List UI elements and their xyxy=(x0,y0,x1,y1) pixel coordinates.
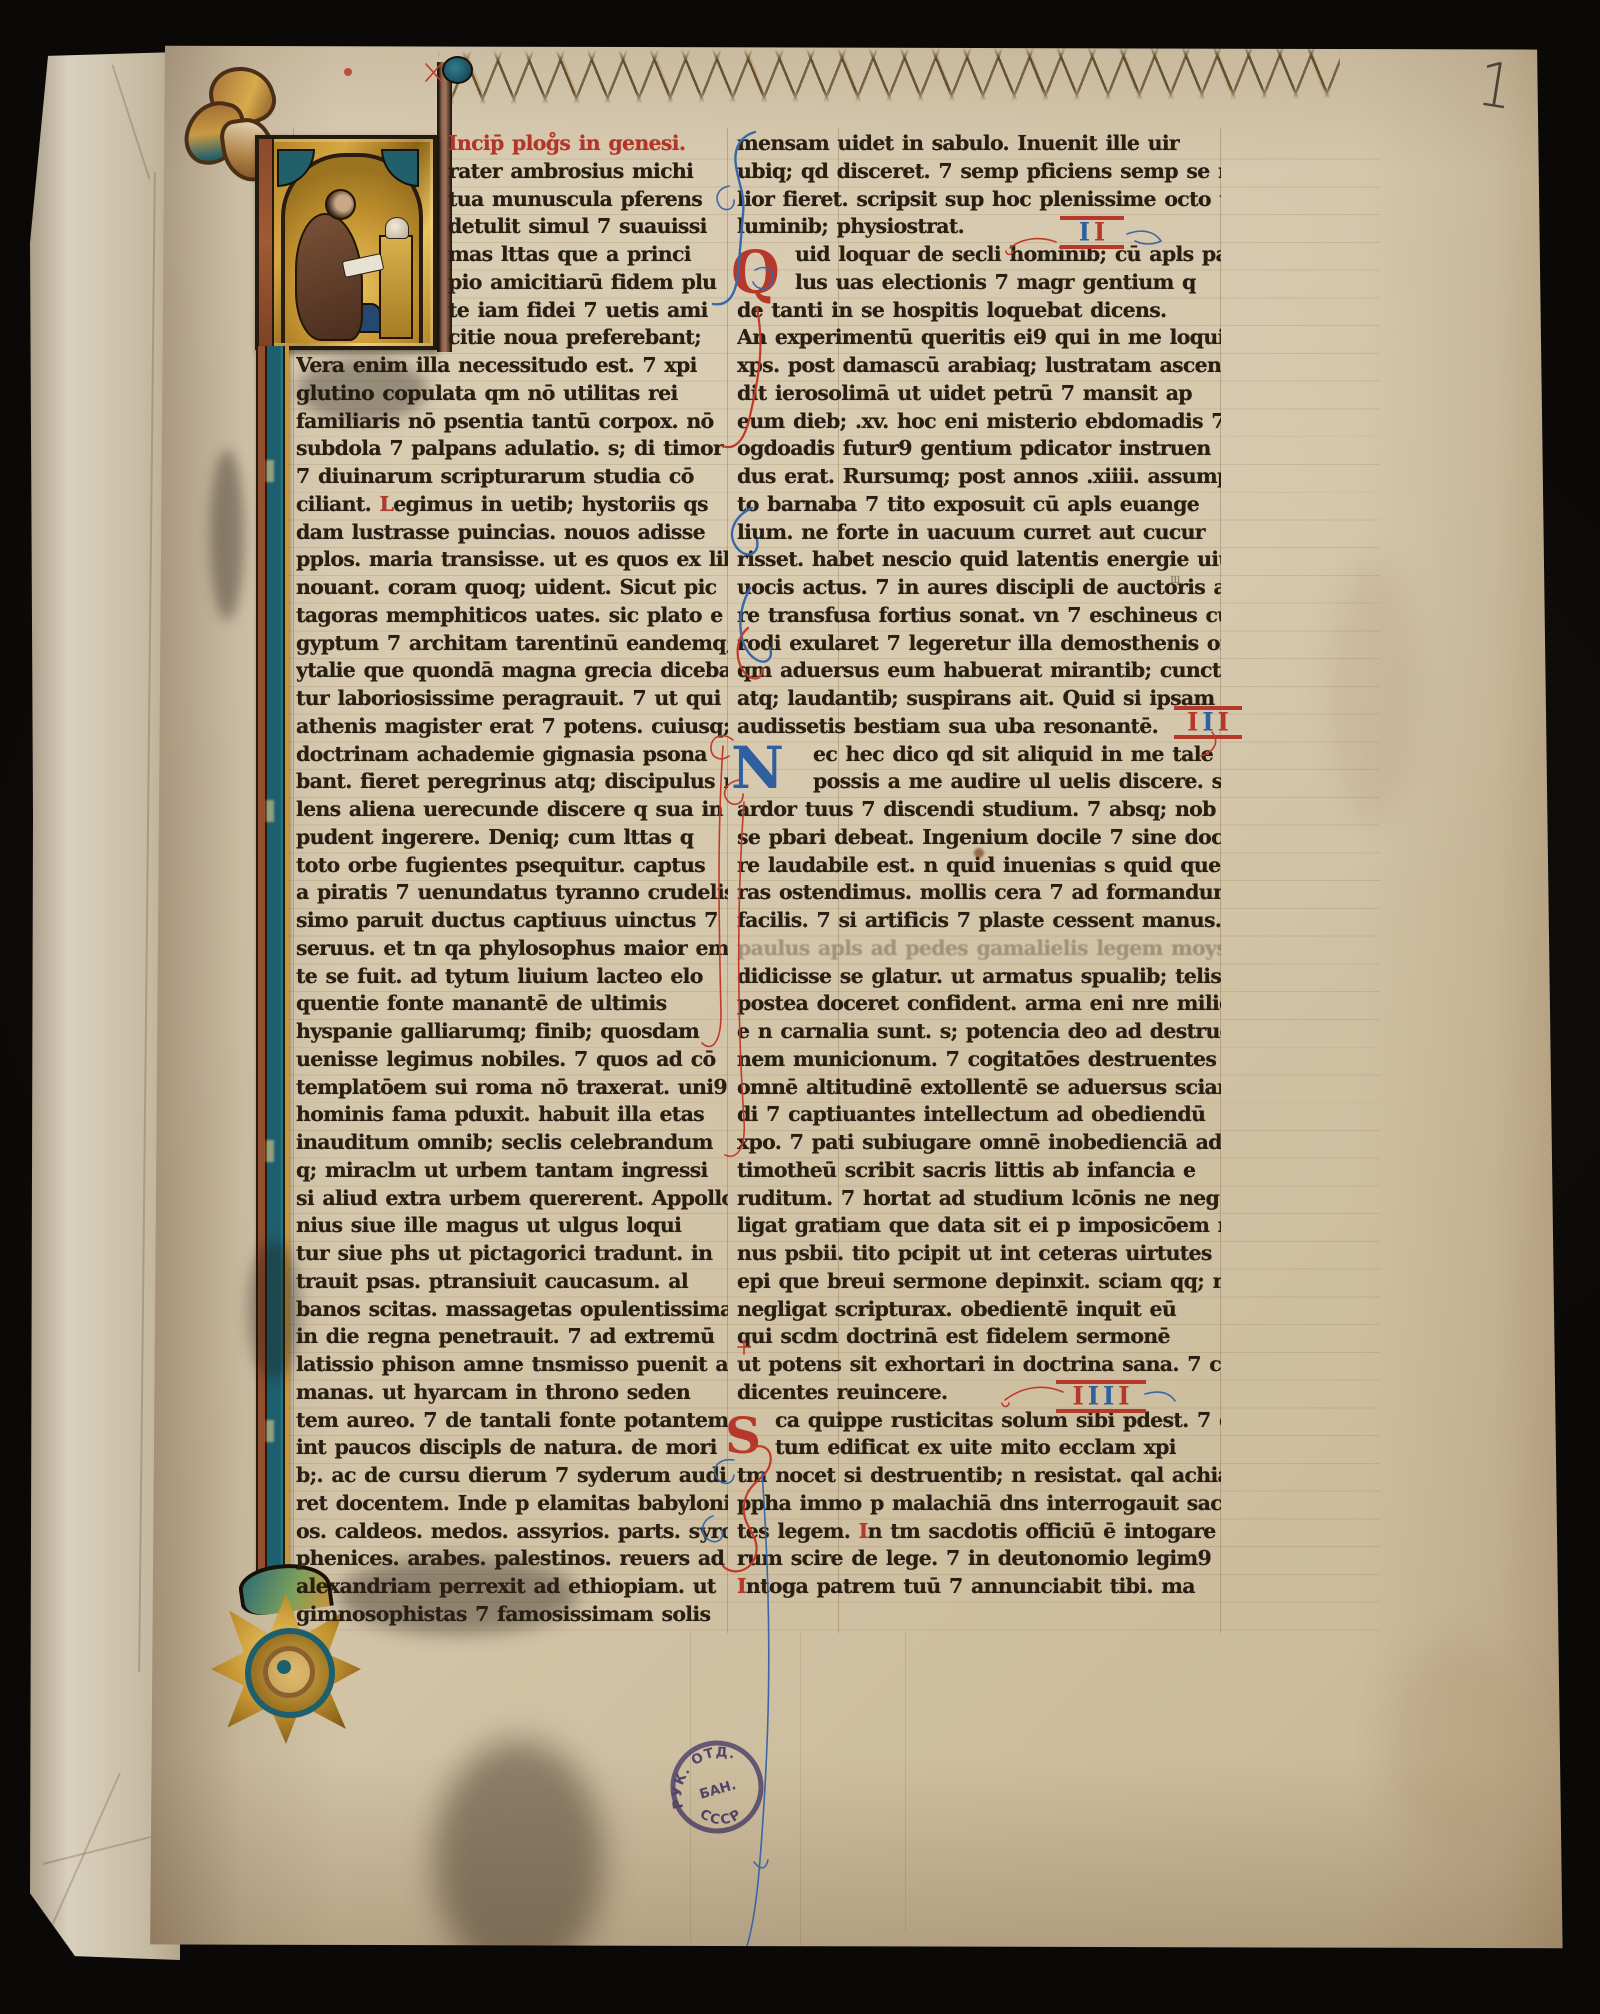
ink-smudge xyxy=(210,450,244,620)
text-line: facilis. 7 si artificis 7 plaste cessent… xyxy=(737,907,1221,935)
text-line: simo paruit ductus captiuus uinctus 7 xyxy=(296,907,728,935)
text-line: ardor tuus 7 discendi studium. 7 absq; n… xyxy=(737,796,1221,824)
text-line: inauditum omnib; seclis celebrandum xyxy=(296,1129,728,1157)
text-line: An experimentū queritis ei9 qui in me lo… xyxy=(737,324,1221,352)
text-line: ligat gratiam que data sit ei p imposicō… xyxy=(737,1212,1221,1240)
text-line: lens aliena uerecunde discere q sua in xyxy=(296,796,728,824)
text-line: trauit psas. ptransiuit caucasum. al xyxy=(296,1268,728,1296)
text-line: paulus apls ad pedes gamalielis legem mo… xyxy=(737,935,1221,963)
chapter-numeral-ii: II xyxy=(1060,216,1124,249)
red-pigment-dot xyxy=(344,68,352,76)
text-line: epi que breui sermone depinxit. sciam qq… xyxy=(737,1268,1221,1296)
text-line: ogdoadis futur9 gentium pdicator instrue… xyxy=(737,435,1221,463)
folio-crease xyxy=(29,1773,120,1975)
gutter-shadow-smudge xyxy=(434,1740,604,1980)
text-line: hyspanie galliarumq; finib; quosdam xyxy=(296,1018,728,1046)
text-line: athenis magister erat 7 potens. cuiusq; xyxy=(296,713,728,741)
text-line: didicisse se glatur. ut armatus spualib;… xyxy=(737,963,1221,991)
text-line: possis a me audire ul uelis discere. s; … xyxy=(737,768,1221,796)
text-line: ubiq; qd disceret. 7 semp pficiens semp … xyxy=(737,158,1221,186)
text-line: bant. fieret peregrinus atq; discipulus … xyxy=(296,768,728,796)
text-line: detulit simul 7 suauissi xyxy=(296,213,728,241)
text-line: atq; laudantib; suspirans ait. Quid si i… xyxy=(737,685,1221,713)
numeral-stroke: I xyxy=(1103,1384,1114,1407)
text-line: ret docentem. Inde p elamitas babyloni xyxy=(296,1490,728,1518)
text-line: doctrinam achademie gignasia psona xyxy=(296,741,728,769)
text-line: tes legem. In tm sacdotis officiū ē into… xyxy=(737,1518,1221,1546)
manuscript-page: 1 Incip xyxy=(148,40,1564,1954)
text-line: ut potens sit exhortari in doctrina sana… xyxy=(737,1351,1221,1379)
chapter-numeral-iii: III xyxy=(1174,706,1242,739)
text-segment: ntoga patrem tuū 7 annunciabit tibi. ma xyxy=(746,1574,1195,1598)
gold-fleck xyxy=(266,1420,274,1442)
text-line: gimnosophistas 7 famosissimam solis xyxy=(296,1601,728,1629)
gold-fleck xyxy=(266,1140,274,1162)
text-segment: I xyxy=(859,1519,868,1543)
text-line: lium. ne forte in uacuum curret aut cucu… xyxy=(737,519,1221,547)
text-line: nius siue ille magus ut ulgus loqui xyxy=(296,1212,728,1240)
text-line: tm nocet si destruentib; n resistat. qal… xyxy=(737,1462,1221,1490)
text-line: rum scire de lege. 7 in deutonomio legim… xyxy=(737,1545,1221,1573)
text-line: ciliant. Legimus in uetib; hystoriis qs xyxy=(296,491,728,519)
numeral-stroke: I xyxy=(1118,1384,1129,1407)
text-line: tur laboriosissime peragrauit. 7 ut qui xyxy=(296,685,728,713)
text-line: tum edificat ex uite mito ecclam xpi xyxy=(737,1434,1221,1462)
text-line: templatōem sui roma nō traxerat. uni9 xyxy=(296,1074,728,1102)
text-line: int paucos discipls de natura. de mori xyxy=(296,1434,728,1462)
gold-fleck xyxy=(266,800,274,822)
text-segment: egimus in uetib; hystoriis qs xyxy=(393,492,708,516)
text-line: pio amicitiarū fidem plu xyxy=(296,269,728,297)
text-line: dam lustrasse puincias. nouos adisse xyxy=(296,519,728,547)
numeral-stroke: I xyxy=(1187,710,1198,733)
text-line: Vera enim illa necessitudo est. 7 xpi xyxy=(296,352,728,380)
text-line: te iam fidei 7 uetis ami xyxy=(296,297,728,325)
marginal-note: ııı xyxy=(1170,572,1179,587)
text-line: qui scdm doctrinā est fidelem sermonē xyxy=(737,1323,1221,1351)
text-line: Incip̄ plog̊s in genesi. xyxy=(296,130,728,158)
text-line: mensam uidet in sabulo. Inuenit ille uir xyxy=(737,130,1221,158)
text-line: phenices. arabes. palestinos. reuers ad xyxy=(296,1545,728,1573)
text-line: e n carnalia sunt. s; potencia deo ad de… xyxy=(737,1018,1221,1046)
spiral-coil xyxy=(245,1628,335,1718)
chapter-numeral-iiii: IIII xyxy=(1056,1380,1146,1413)
text-line: mas lttas que a princi xyxy=(296,241,728,269)
text-line: postea doceret confident. arma eni nre m… xyxy=(737,990,1221,1018)
text-line: eum dieb; .xv. hoc eni misterio ebdomadi… xyxy=(737,408,1221,436)
text-line: q; miraclm ut urbem tantam ingressi xyxy=(296,1157,728,1185)
text-line: qm aduersus eum habuerat mirantib; cunct… xyxy=(737,657,1221,685)
text-line: ras ostendimus. mollis cera 7 ad formand… xyxy=(737,879,1221,907)
text-line: subdola 7 palpans adulatio. s; di timor xyxy=(296,435,728,463)
text-line: re transfusa fortius sonat. vn 7 eschine… xyxy=(737,602,1221,630)
text-line: ytalie que quondā magna grecia diceba xyxy=(296,657,728,685)
library-stamp: РУК. ОТД. БАН. СССР xyxy=(655,1725,779,1849)
text-line: luminib; physiostrat. xyxy=(737,213,1221,241)
text-line: in die regna penetrauit. 7 ad extremū xyxy=(296,1323,728,1351)
text-line: uocis actus. 7 in aures discipli de auct… xyxy=(737,574,1221,602)
text-line: hominis fama pduxit. habuit illa etas xyxy=(296,1101,728,1129)
stamp-text-mid: БАН. xyxy=(698,1777,738,1803)
text-line: nem municionum. 7 cogitatōes destruentes xyxy=(737,1046,1221,1074)
text-line: a piratis 7 uenundatus tyranno crudelis xyxy=(296,879,728,907)
text-line: se pbari debeat. Ingenium docile 7 sine … xyxy=(737,824,1221,852)
text-line: xpo. 7 pati subiugare omnē inobedienciā … xyxy=(737,1129,1221,1157)
text-line: dicentes reuincere. xyxy=(737,1379,1221,1407)
text-line: alexandriam perrexit ad ethiopiam. ut xyxy=(296,1573,728,1601)
text-line: familiaris nō psentia tantū corpox. nō xyxy=(296,408,728,436)
text-line: b;. ac de cursu dierum 7 syderum audi xyxy=(296,1462,728,1490)
numeral-stroke: I xyxy=(1094,220,1105,243)
gold-fleck xyxy=(266,460,274,482)
text-line: tagoras memphiticos uates. sic plato e xyxy=(296,602,728,630)
vertical-ruling xyxy=(800,1632,801,1962)
text-line: dus erat. Rursumq; post annos .xiiii. as… xyxy=(737,463,1221,491)
text-line: tua munuscula pferens xyxy=(296,186,728,214)
text-line: latissio phison amne tnsmisso puenit a b… xyxy=(296,1351,728,1379)
text-line: pudent ingerere. Deniq; cum lttas q xyxy=(296,824,728,852)
folio-number: 1 xyxy=(1473,48,1519,124)
text-line: rater ambrosius michi xyxy=(296,158,728,186)
numeral-stroke: I xyxy=(1073,1384,1084,1407)
numeral-stroke: I xyxy=(1088,1384,1099,1407)
text-column-left: Incip̄ plog̊s in genesi.rater ambrosius … xyxy=(296,130,728,1629)
initial-q: Q xyxy=(731,238,780,307)
text-segment: I xyxy=(737,1574,746,1598)
vertical-ruling xyxy=(905,1632,906,1932)
text-line: tem aureo. 7 de tantali fonte potantem xyxy=(296,1407,728,1435)
text-line: to barnaba 7 tito exposuit cū apls euang… xyxy=(737,491,1221,519)
text-line: toto orbe fugientes psequitur. captus xyxy=(296,852,728,880)
text-line: de tanti in se hospitis loquebat dicens. xyxy=(737,297,1221,325)
miniature-frame-stripe xyxy=(259,139,274,346)
initial-s: S xyxy=(725,1406,761,1465)
text-segment: n tm sacdotis officiū ē intogare xyxy=(868,1519,1216,1543)
text-line: ruditum. 7 hortat ad studium lcōnis ne n… xyxy=(737,1185,1221,1213)
top-penwork-chain xyxy=(438,45,1340,105)
text-line: nus psbii. tito pcipit ut int ceteras ui… xyxy=(737,1240,1221,1268)
text-segment: L xyxy=(379,492,393,516)
text-line: ca quippe rusticitas solum sibi pdest. 7… xyxy=(737,1407,1221,1435)
text-line: os. caldeos. medos. assyrios. parts. syr… xyxy=(296,1518,728,1546)
text-line: te se fuit. ad tytum liuium lacteo elo xyxy=(296,963,728,991)
text-segment: ciliant. xyxy=(296,492,379,516)
text-line: tur siue phs ut pictagorici tradunt. in xyxy=(296,1240,728,1268)
text-line: ppha immo p malachiā dns interrogauit sa… xyxy=(737,1490,1221,1518)
text-line: lus uas electionis 7 magr gentium q xyxy=(737,269,1221,297)
text-line: audissetis bestiam sua uba resonantē. xyxy=(737,713,1221,741)
vertical-ruling xyxy=(293,128,294,1633)
text-line: citie noua preferebant; xyxy=(296,324,728,352)
photo-background: 1 Incip xyxy=(0,0,1600,2014)
text-line: 7 diuinarum scripturarum studia cō xyxy=(296,463,728,491)
folio-crease xyxy=(138,172,156,1672)
text-line: re laudabile est. n quid inuenias s quid… xyxy=(737,852,1221,880)
initial-n: N xyxy=(731,734,784,802)
text-line: negligat scripturax. obedientē inquit eū xyxy=(737,1296,1221,1324)
text-line: di 7 captiuantes intellectum ad obediend… xyxy=(737,1101,1221,1129)
folio-crease xyxy=(112,65,151,180)
text-line: si aliud extra urbem quererent. Appollo xyxy=(296,1185,728,1213)
text-line: ec hec dico qd sit aliquid in me tale qd… xyxy=(737,741,1221,769)
parchment-stain xyxy=(1388,1640,1528,1840)
text-line: lior fieret. scripsit sup hoc plenissime… xyxy=(737,186,1221,214)
text-line: uid loquar de secli hominib; cū apls pau xyxy=(737,241,1221,269)
initial-stem-knob xyxy=(442,56,473,84)
text-line: xps. post damascū arabiaq; lustratam asc… xyxy=(737,352,1221,380)
text-line: dit ierosolimā ut uidet petrū 7 mansit a… xyxy=(737,380,1221,408)
text-line: pplos. maria transisse. ut es quos ex li… xyxy=(296,546,728,574)
text-line: rodi exularet 7 legeretur illa demosthen… xyxy=(737,630,1221,658)
text-line: gyptum 7 architam tarentinū eandemq; hor… xyxy=(296,630,728,658)
text-line: Intoga patrem tuū 7 annunciabit tibi. ma xyxy=(737,1573,1221,1601)
text-line: omnē altitudinē extollentē se aduersus s… xyxy=(737,1074,1221,1102)
text-line: manas. ut hyarcam in throno seden xyxy=(296,1379,728,1407)
descender-hook xyxy=(754,1860,768,1868)
text-line: banos scitas. massagetas opulentissima xyxy=(296,1296,728,1324)
illuminated-border-bar xyxy=(256,346,289,1572)
text-line: nouant. coram quoq; uident. Sicut pic xyxy=(296,574,728,602)
text-line: glutino copulata qm nō utilitas rei xyxy=(296,380,728,408)
text-line: seruus. et tn qa phylosophus maior emi xyxy=(296,935,728,963)
numeral-stroke: I xyxy=(1202,710,1213,733)
text-line: quentie fonte manantē de ultimis xyxy=(296,990,728,1018)
text-line: risset. habet nescio quid latentis energ… xyxy=(737,546,1221,574)
text-line: uenisse legimus nobiles. 7 quos ad cō xyxy=(296,1046,728,1074)
numeral-stroke: I xyxy=(1079,220,1090,243)
text-segment: tes legem. xyxy=(737,1519,859,1543)
text-line: timotheū scribit sacris littis ab infanc… xyxy=(737,1157,1221,1185)
text-column-right: mensam uidet in sabulo. Inuenit ille uir… xyxy=(737,130,1221,1601)
numeral-stroke: I xyxy=(1218,710,1229,733)
